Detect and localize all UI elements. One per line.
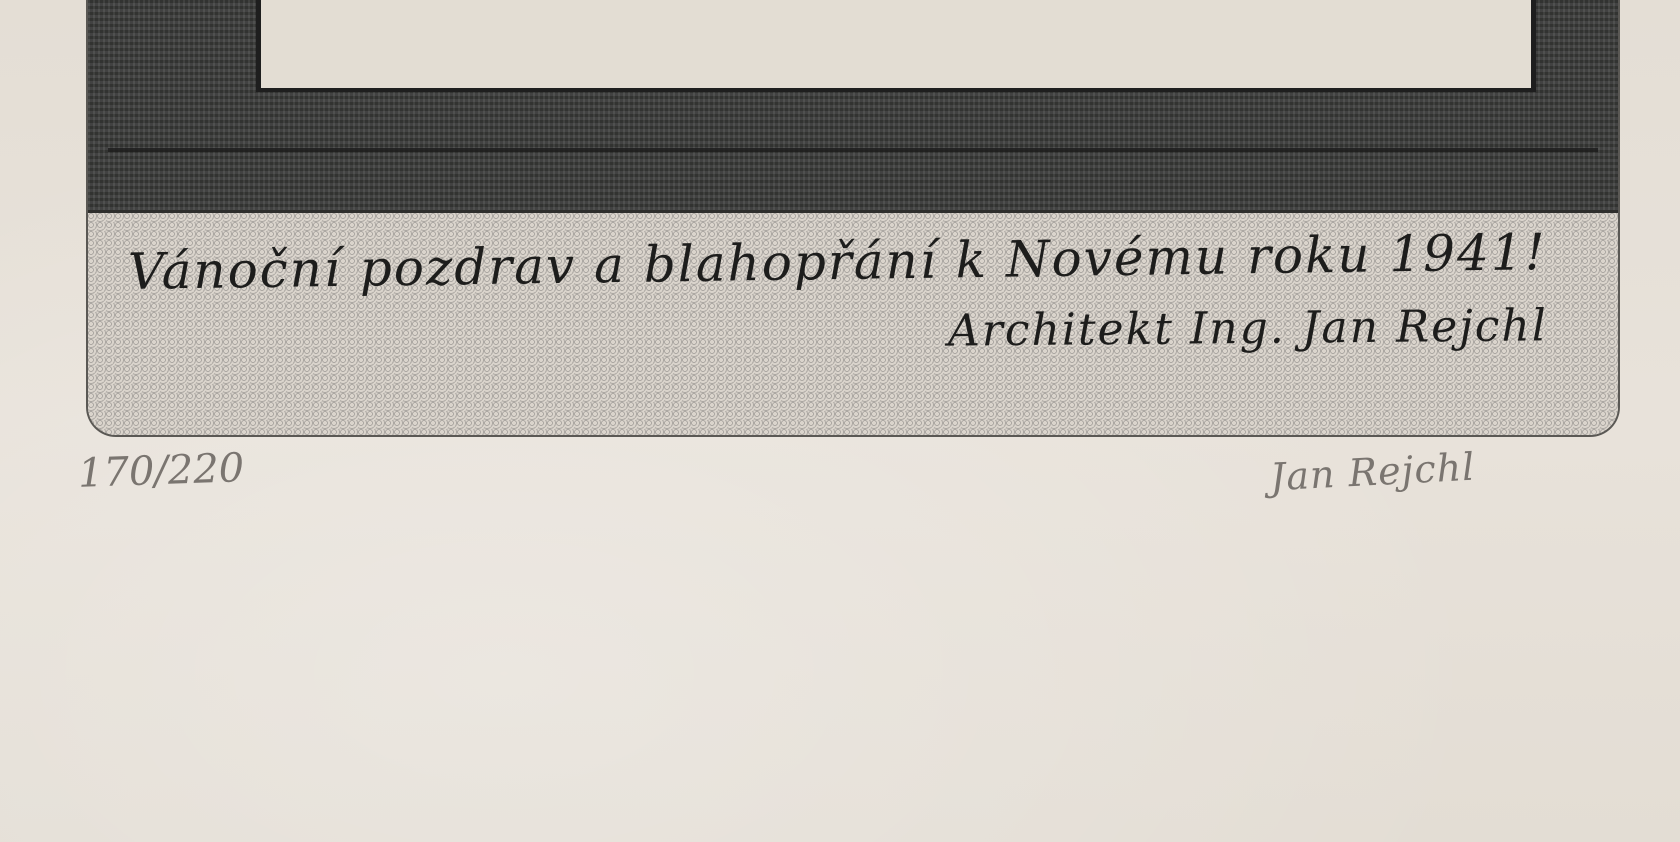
- dark-frame-area: [88, 0, 1618, 210]
- inscription-line-1: Vánoční pozdrav a blahopřání k Novému ro…: [128, 223, 1547, 301]
- sill-line: [108, 148, 1598, 152]
- edition-number: 170/220: [77, 445, 245, 497]
- etching-plate: Vánoční pozdrav a blahopřání k Novému ro…: [88, 0, 1618, 435]
- inscription-line-2: Architekt Ing. Jan Rejchl: [948, 300, 1548, 356]
- inscription-band: Vánoční pozdrav a blahopřání k Novému ro…: [88, 210, 1618, 435]
- light-pane: [256, 0, 1536, 92]
